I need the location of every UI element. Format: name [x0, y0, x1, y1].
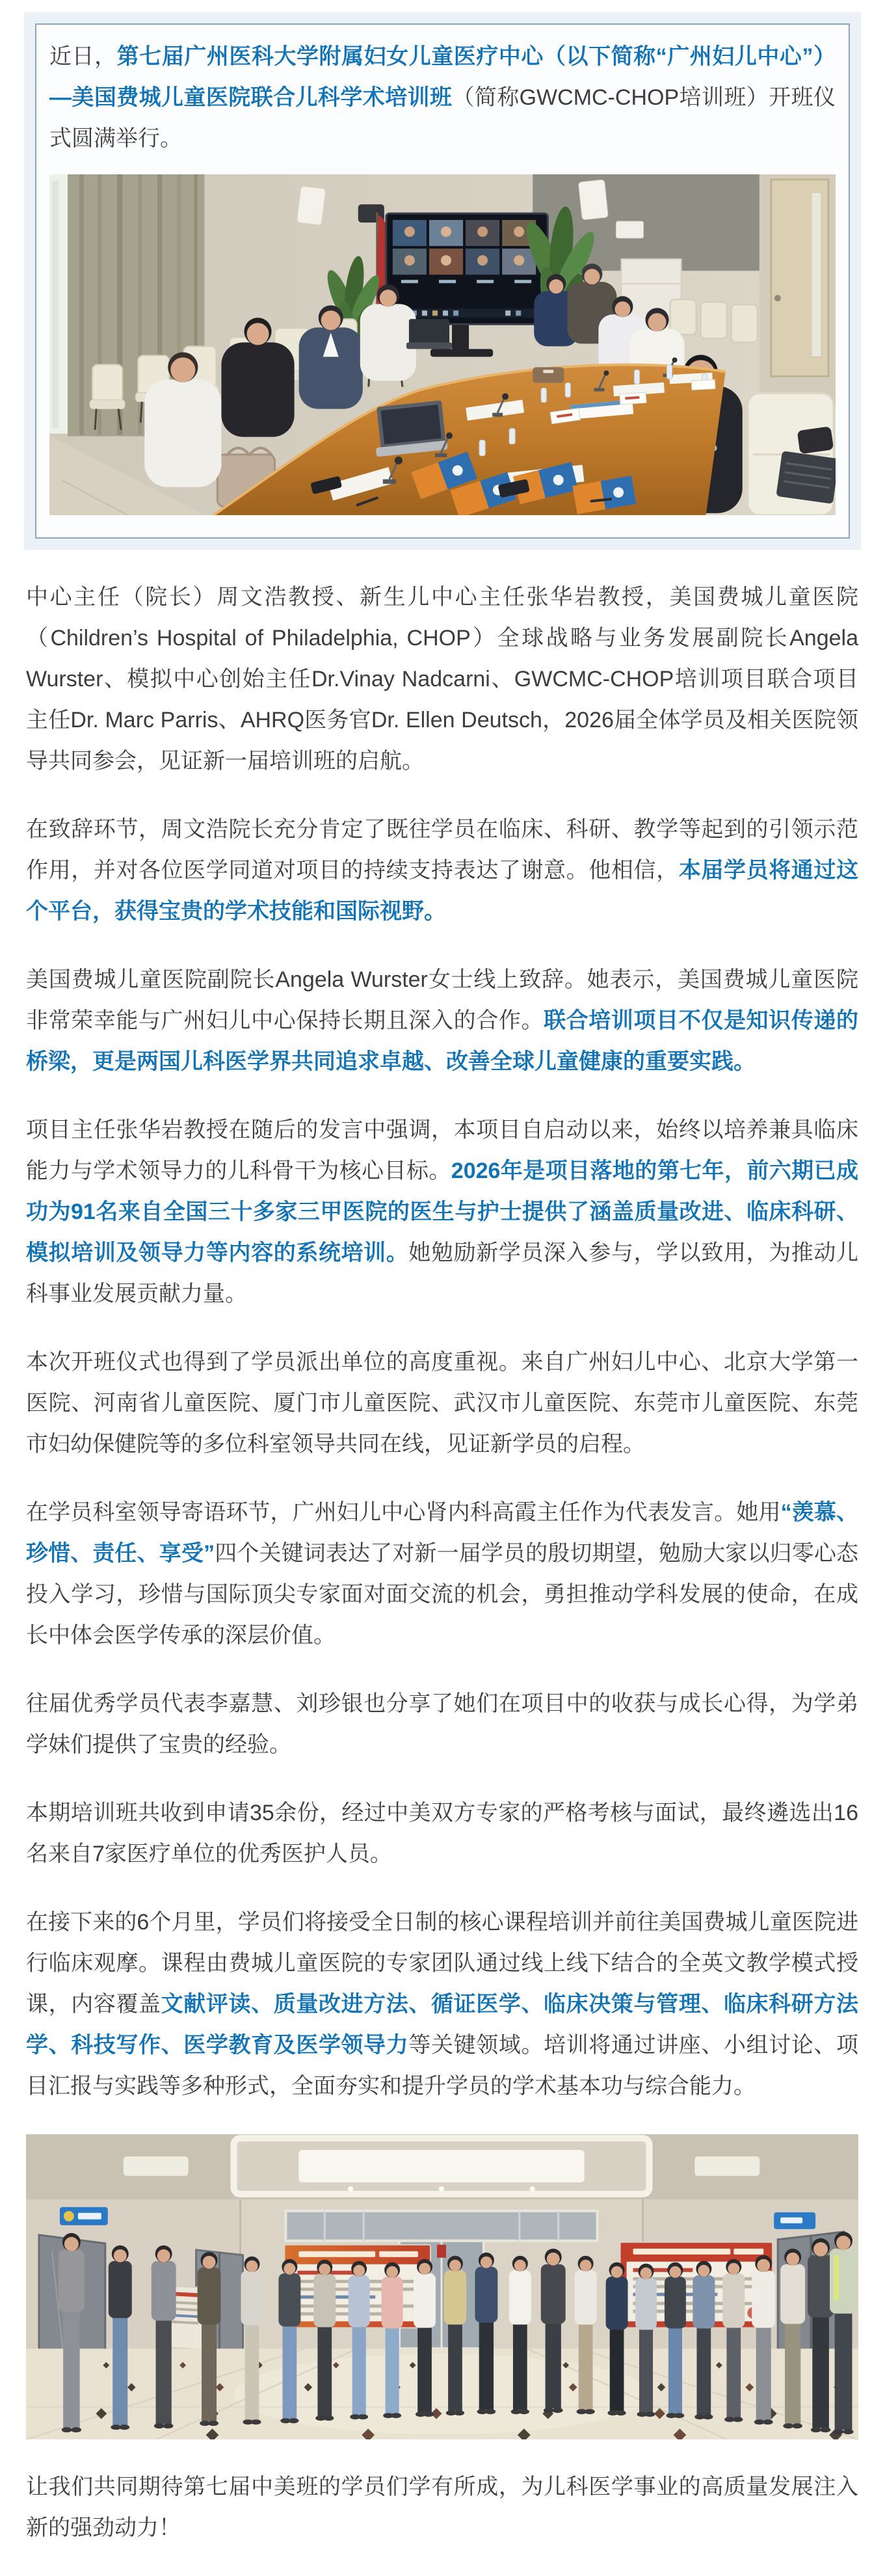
body-text: 往届优秀学员代表李嘉慧、刘珍银也分享了她们在项目中的收获与成长心得，为学弟学妹们… — [26, 1691, 858, 1757]
body-text: 让我们共同期待第七届中美班的学员们学有所成，为儿科医学事业的高质量发展注入新的强… — [26, 2475, 858, 2540]
paragraph: 美国费城儿童医院副院长Angela Wurster女士线上致辞。她表示，美国费城… — [26, 959, 858, 1082]
intro-paragraph: 近日，第七届广州医科大学附属妇女儿童医疗中心（以下简称“广州妇儿中心”）—美国费… — [49, 36, 836, 159]
paragraph: 近日，第七届广州医科大学附属妇女儿童医疗中心（以下简称“广州妇儿中心”）—美国费… — [49, 36, 836, 159]
body-text: 本次开班仪式也得到了学员派出单位的高度重视。来自广州妇儿中心、北京大学第一医院、… — [26, 1350, 858, 1456]
article-body: 中心主任（院长）周文浩教授、新生儿中心主任张华岩教授，美国费城儿童医院（Chil… — [26, 577, 858, 2549]
article-page: 近日，第七届广州医科大学附属妇女儿童医疗中心（以下简称“广州妇儿中心”）—美国费… — [0, 0, 885, 2576]
paragraph: 本次开班仪式也得到了学员派出单位的高度重视。来自广州妇儿中心、北京大学第一医院、… — [26, 1342, 858, 1465]
body-paragraphs: 中心主任（院长）周文浩教授、新生儿中心主任张华岩教授，美国费城儿童医院（Chil… — [26, 577, 858, 2107]
opening-ceremony-image — [49, 174, 836, 515]
paragraph: 项目主任张华岩教授在随后的发言中强调，本项目自启动以来，始终以培养兼具临床能力与… — [26, 1110, 858, 1315]
body-text: 近日， — [49, 44, 117, 69]
intro-panel: 近日，第七届广州医科大学附属妇女儿童医疗中心（以下简称“广州妇儿中心”）—美国费… — [24, 12, 861, 550]
photo-opening-ceremony[interactable] — [49, 174, 836, 515]
paragraph: 在接下来的6个月里，学员们将接受全日制的核心课程培训并前往美国费城儿童医院进行临… — [26, 1902, 858, 2107]
paragraph: 中心主任（院长）周文浩教授、新生儿中心主任张华岩教授，美国费城儿童医院（Chil… — [26, 577, 858, 782]
body-text: 在学员科室领导寄语环节，广州妇儿中心肾内科高霞主任作为代表发言。她用 — [26, 1500, 781, 1525]
paragraph: 让我们共同期待第七届中美班的学员们学有所成，为儿科医学事业的高质量发展注入新的强… — [26, 2467, 858, 2549]
group-photo-image — [26, 2134, 858, 2439]
intro-box: 近日，第七届广州医科大学附属妇女儿童医疗中心（以下简称“广州妇儿中心”）—美国费… — [35, 23, 850, 539]
paragraph: 在致辞环节，周文浩院长充分肯定了既往学员在临床、科研、教学等起到的引领示范作用，… — [26, 809, 858, 932]
paragraph: 在学员科室领导寄语环节，广州妇儿中心肾内科高霞主任作为代表发言。她用“羡慕、珍惜… — [26, 1492, 858, 1656]
photo-group-hallway[interactable] — [26, 2134, 858, 2439]
paragraph: 往届优秀学员代表李嘉慧、刘珍银也分享了她们在项目中的收获与成长心得，为学弟学妹们… — [26, 1684, 858, 1765]
paragraph: 本期培训班共收到申请35余份，经过中美双方专家的严格考核与面试，最终遴选出16名… — [26, 1793, 858, 1875]
body-text: 本期培训班共收到申请35余份，经过中美双方专家的严格考核与面试，最终遴选出16名… — [26, 1801, 858, 1866]
body-text: 中心主任（院长）周文浩教授、新生儿中心主任张华岩教授，美国费城儿童医院（Chil… — [26, 585, 858, 773]
closing-paragraphs: 让我们共同期待第七届中美班的学员们学有所成，为儿科医学事业的高质量发展注入新的强… — [26, 2467, 858, 2549]
